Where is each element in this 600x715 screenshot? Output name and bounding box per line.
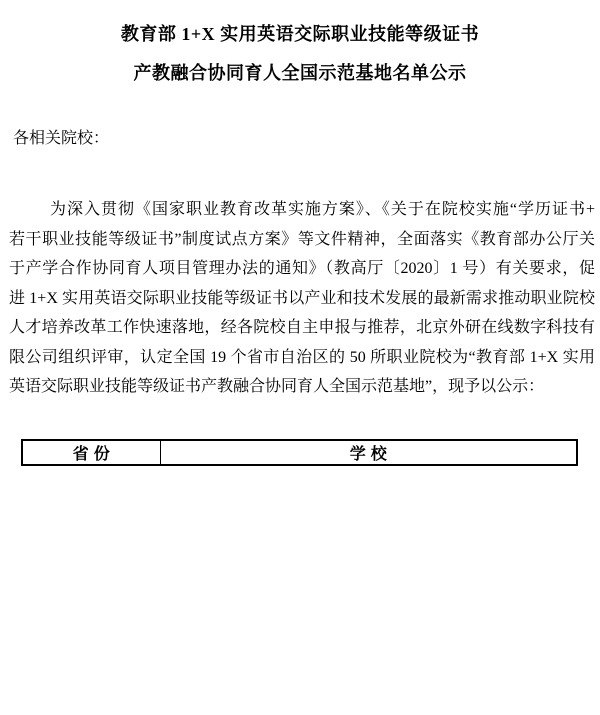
base-list-table: 省份学校	[21, 439, 578, 466]
title-line-2: 产教融合协同育人全国示范基地名单公示	[0, 63, 600, 83]
paragraph-line: 若干职业技能等级证书”制度试点方案》等文件精神，全面落实《教育部办公厅关	[9, 225, 595, 255]
body-paragraph: 为深入贯彻《国家职业教育改革实施方案》、《关于在院校实施“学历证书+若干职业技能…	[9, 195, 595, 402]
document-title: 教育部 1+X 实用英语交际职业技能等级证书 产教融合协同育人全国示范基地名单公…	[0, 0, 600, 83]
salutation: 各相关院校：	[13, 129, 595, 149]
document-page: 教育部 1+X 实用英语交际职业技能等级证书 产教融合协同育人全国示范基地名单公…	[0, 0, 600, 715]
paragraph-line: 限公司组织评审，认定全国 19 个省市自治区的 50 所职业院校为“教育部 1+…	[9, 343, 595, 373]
col-header-school: 学校	[160, 440, 577, 465]
col-header-province: 省份	[22, 440, 160, 465]
table-header: 省份学校	[22, 440, 577, 465]
title-line-1: 教育部 1+X 实用英语交际职业技能等级证书	[0, 24, 600, 44]
paragraph-line: 英语交际职业技能等级证书产教融合协同育人全国示范基地”，现予以公示：	[9, 372, 595, 402]
paragraph-line: 为深入贯彻《国家职业教育改革实施方案》、《关于在院校实施“学历证书+	[9, 195, 595, 225]
paragraph-line: 于产学合作协同育人项目管理办法的通知》（教高厅〔2020〕1 号）有关要求，促	[9, 254, 595, 284]
paragraph-line: 进 1+X 实用英语交际职业技能等级证书以产业和技术发展的最新需求推动职业院校	[9, 284, 595, 314]
table-header-row: 省份学校	[22, 440, 577, 465]
paragraph-line: 人才培养改革工作快速落地，经各院校自主申报与推荐，北京外研在线数字科技有	[9, 313, 595, 343]
